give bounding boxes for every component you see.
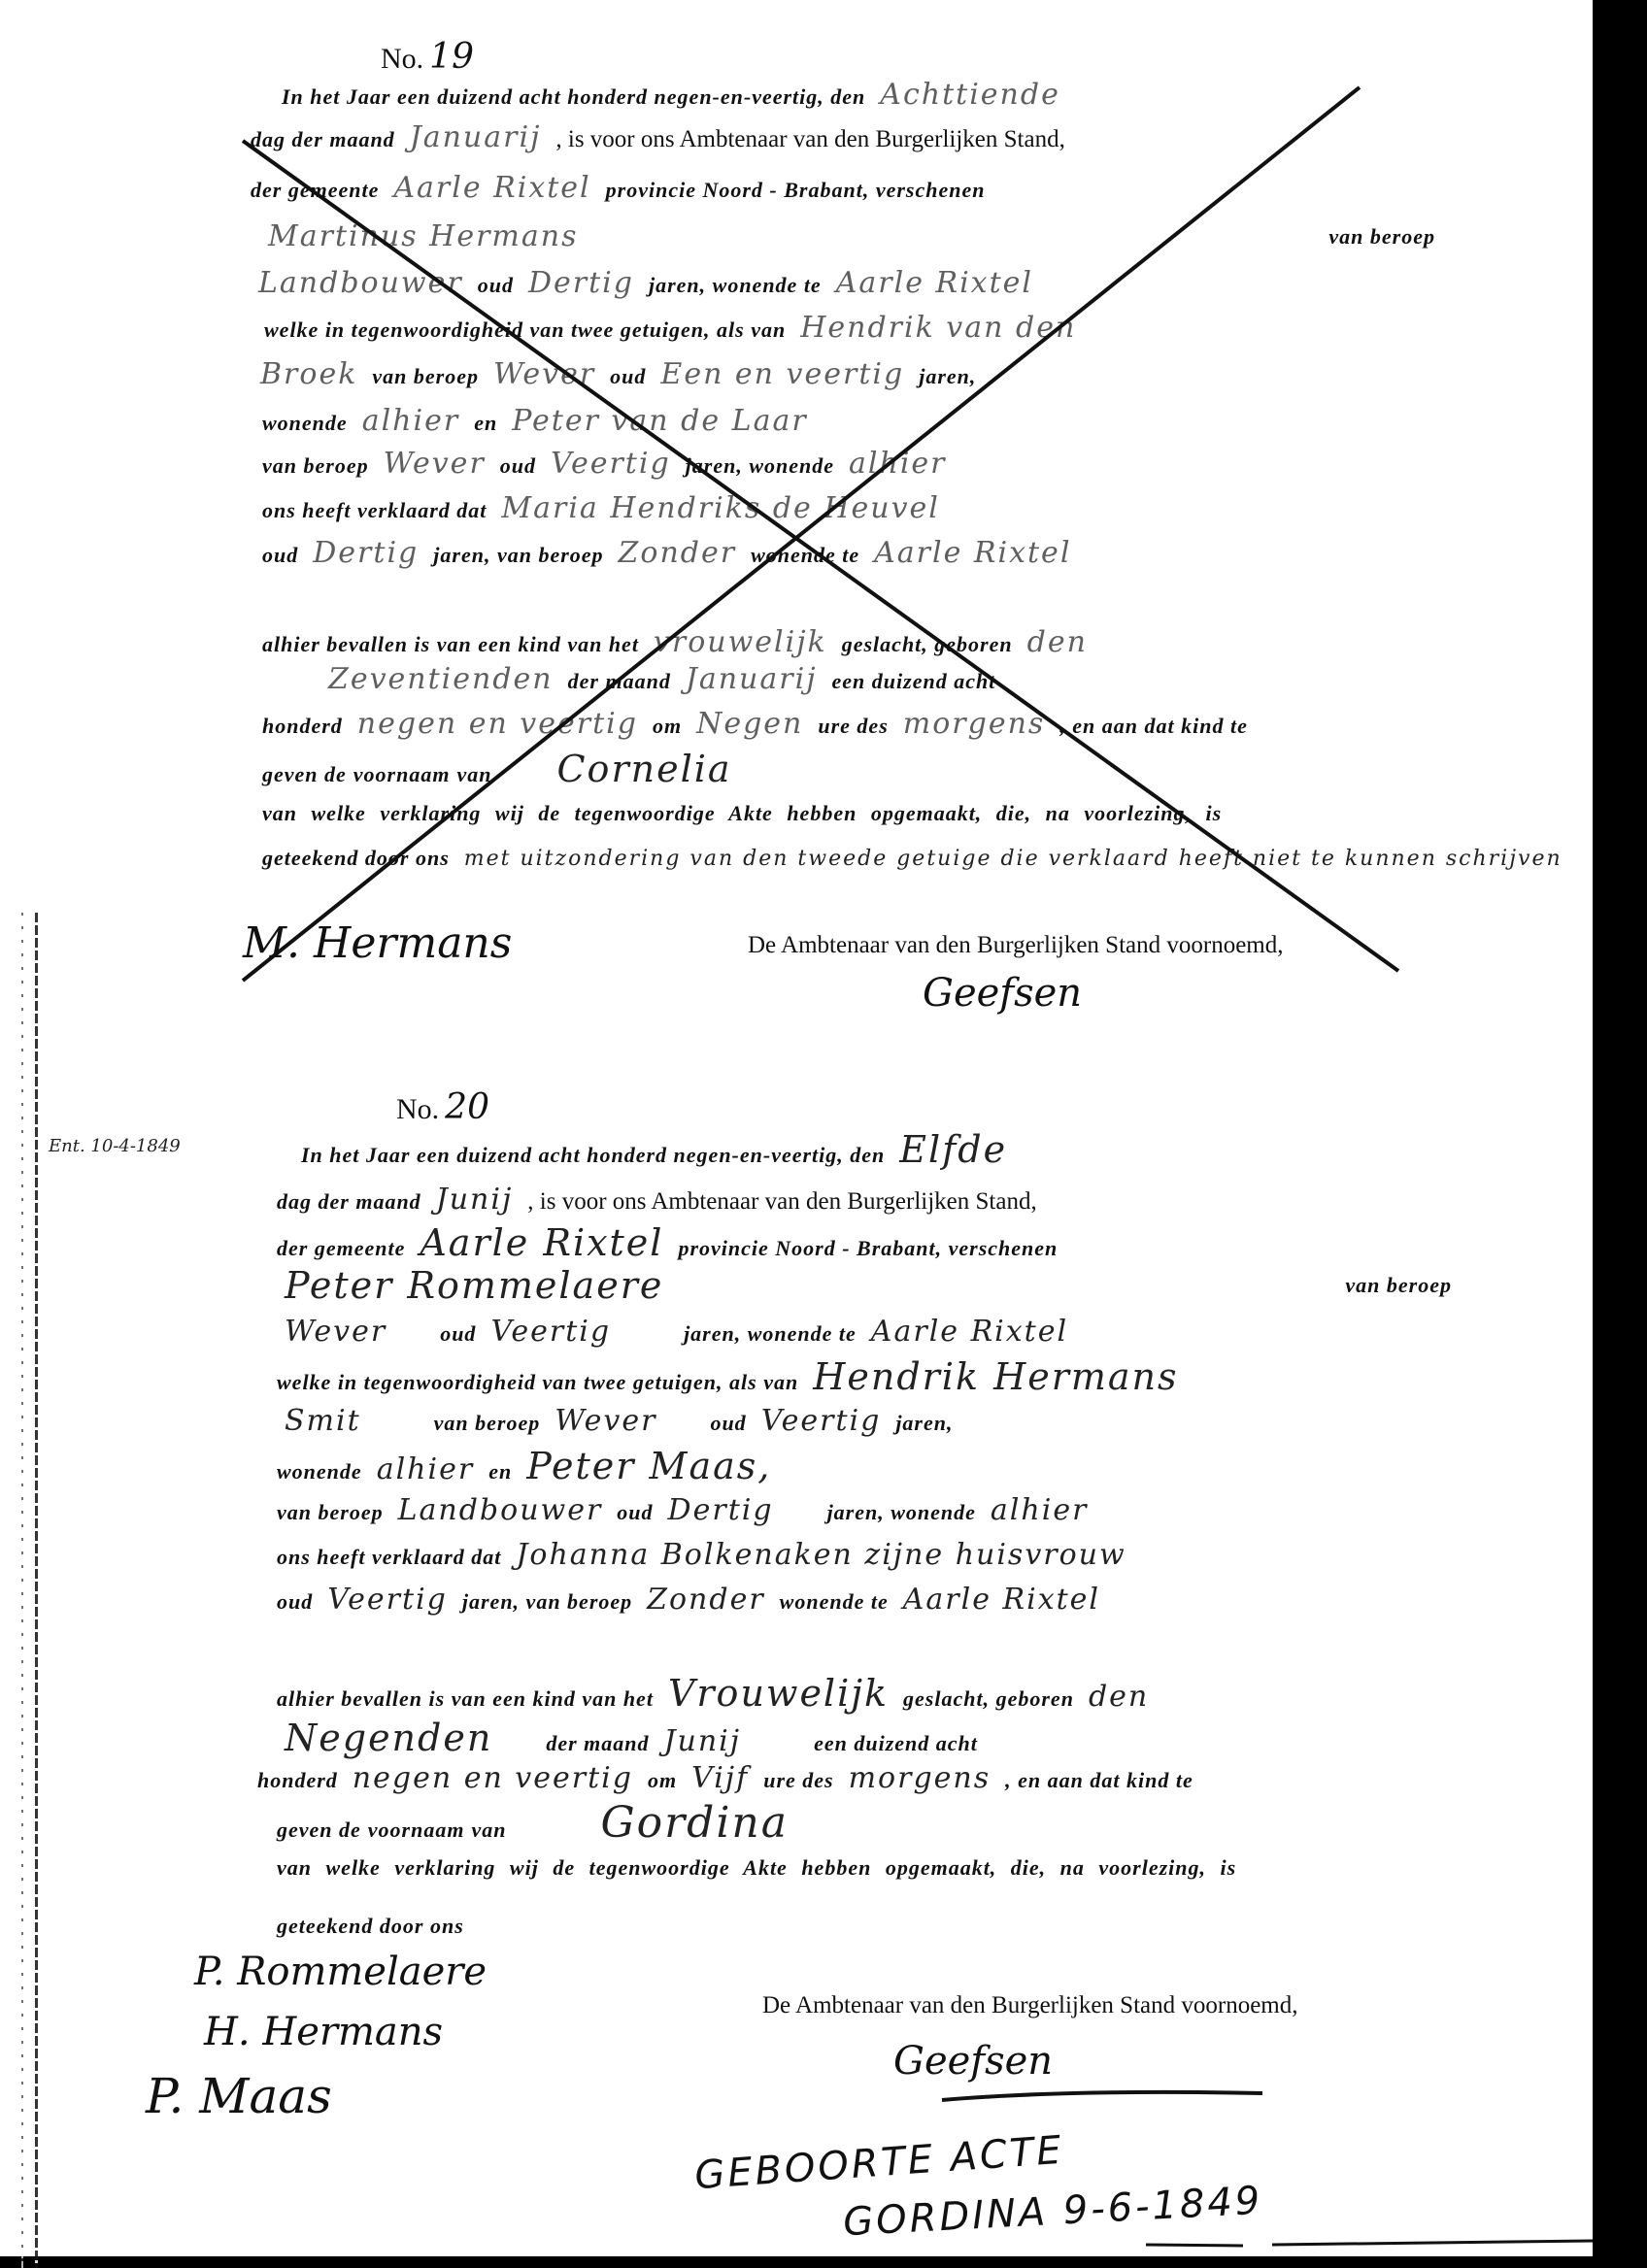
handwritten-year: negen en veertig: [353, 1761, 633, 1795]
handwritten-age: Dertig: [313, 536, 419, 570]
printed-text: oud: [262, 543, 298, 567]
handwritten-month: Januarij: [410, 120, 542, 154]
handwritten-witness-2: Peter Maas,: [526, 1445, 771, 1487]
printed-text: provincie Noord - Brabant, verschenen: [678, 1236, 1058, 1260]
printed-text: geven de: [277, 1818, 361, 1842]
official-label-text: De Ambtenaar van den Burgerlijken Stand …: [748, 932, 1284, 958]
record-line: welke in tegenwoordigheid van twee getui…: [277, 1363, 1187, 1397]
printed-text: jaren, wonende: [686, 453, 834, 478]
printed-text: der gemeente: [277, 1236, 405, 1260]
record-line: ons heeft verklaard dat Johanna Bolkenak…: [277, 1542, 1134, 1572]
printed-text: jaren,: [895, 1411, 953, 1435]
printed-text: oud: [617, 1500, 653, 1524]
record-number-label: No.: [396, 1093, 439, 1125]
official-signature: Geefsen: [923, 971, 1082, 1016]
record-line: honderd negen en veertig om Vijf ure des…: [257, 1765, 1193, 1795]
handwritten-time-of-day: morgens: [849, 1761, 992, 1795]
printed-text: ure des: [818, 714, 888, 738]
printed-text: , is voor ons Ambtenaar van den Burgerli…: [555, 126, 1064, 152]
witness-signature: H. Hermans: [204, 2010, 443, 2054]
handwritten-witness-1: Hendrik Hermans: [813, 1355, 1178, 1398]
record-line: Wever oud Veertig jaren, wonende te Aarl…: [277, 1318, 1076, 1349]
handwritten-day: Elfde: [899, 1128, 1007, 1171]
printed-text: om: [653, 714, 682, 738]
record-line: In het Jaar een duizend acht honderd neg…: [282, 82, 1068, 112]
printed-text: van welke verklaring wij de tegenwoordig…: [277, 1855, 1236, 1880]
handwritten-text: Smit: [285, 1404, 361, 1438]
printed-text: jaren, van beroep: [433, 543, 603, 567]
handwritten-birth-day: Negenden: [285, 1717, 492, 1759]
printed-text: een duizend acht: [814, 1731, 978, 1755]
handwritten-age: Veertig: [327, 1583, 448, 1617]
printed-text: wonende: [262, 411, 348, 435]
record-number-label: No.: [381, 43, 423, 75]
handwritten-municipality: Aarle Rixtel: [393, 171, 590, 205]
record-line: alhier bevallen is van een kind van het …: [262, 629, 1095, 659]
printed-text: oud: [610, 364, 646, 388]
record-number-value: 19: [429, 37, 474, 77]
handwritten-time-of-day: morgens: [903, 707, 1046, 741]
handwritten-sex: vrouwelijk: [654, 625, 827, 659]
handwritten-declarant-name: Peter Rommelaere: [285, 1264, 663, 1307]
margin-note: Ent. 10-4-1849: [49, 1136, 181, 1156]
record-line: dag der maand Junij , is voor ons Ambten…: [277, 1186, 1037, 1217]
handwritten-mother-name: Johanna Bolkenaken zijne huisvrouw: [516, 1538, 1126, 1572]
printed-text: ons heeft verklaard dat: [262, 498, 487, 522]
record-line: oud Dertig jaren, van beroep Zonder wone…: [262, 540, 1079, 570]
witness-signature: P. Rommelaere: [194, 1950, 487, 1994]
printed-text: en: [474, 411, 497, 435]
printed-text: oud: [277, 1589, 313, 1614]
printed-text: der maand: [546, 1731, 649, 1755]
handwritten-mother-name: Maria Hendriks de Heuvel: [501, 491, 939, 525]
printed-text: geslacht, geboren: [842, 632, 1013, 656]
printed-text: van: [456, 762, 491, 786]
printed-text: geven de: [262, 762, 347, 786]
scan-border-right: [1593, 0, 1647, 2268]
handwritten-month: Junij: [436, 1183, 514, 1217]
record-line: Smit van beroep Wever oud Veertig jaren,: [277, 1408, 954, 1438]
handwritten-occupation: Wever: [493, 357, 595, 391]
printed-text: om: [648, 1768, 677, 1792]
printed-text: , en aan dat kind te: [1059, 714, 1248, 738]
handwritten-residence: Aarle Rixtel: [871, 1315, 1068, 1349]
printed-text: jaren, wonende: [827, 1500, 976, 1524]
handwritten-birth-month: Januarij: [686, 662, 818, 696]
printed-text: In het Jaar een duizend acht honderd neg…: [282, 84, 865, 109]
handwritten-text: Broek: [260, 357, 357, 391]
record-line: van welke verklaring wij de tegenwoordig…: [262, 800, 1222, 828]
witness-signature: P. Maas: [146, 2068, 332, 2124]
printed-text: provincie Noord - Brabant, verschenen: [606, 178, 986, 202]
printed-text: In het Jaar een duizend acht honderd neg…: [301, 1143, 885, 1167]
printed-text: geteekend door ons: [277, 1914, 464, 1938]
handwritten-age: Dertig: [668, 1493, 774, 1527]
printed-text: jaren, wonende te: [649, 273, 822, 297]
handwritten-residence: Aarle Rixtel: [903, 1583, 1100, 1617]
record-line: Martinus Hermans van beroep: [260, 223, 1435, 253]
handwritten-age: Veertig: [551, 447, 671, 481]
record-line: welke in tegenwoordigheid van twee getui…: [264, 315, 1084, 345]
printed-text: voornaam: [353, 762, 451, 786]
handwritten-child-name: Cornelia: [556, 748, 731, 790]
printed-text: jaren,: [919, 364, 976, 388]
record-line: geven de voornaam van Gordina: [277, 1810, 796, 1845]
handwritten-residence: Aarle Rixtel: [836, 266, 1033, 300]
handwritten-occupation: Wever: [384, 447, 486, 481]
printed-text: ure des: [763, 1768, 833, 1792]
printed-text: van beroep: [277, 1500, 384, 1524]
printed-text: alhier bevallen is van een kind van het: [262, 632, 639, 656]
official-label: De Ambtenaar van den Burgerlijken Stand …: [762, 1992, 1298, 2020]
record-line: geven de voornaam van Cornelia: [262, 755, 740, 789]
handwritten-age: Dertig: [528, 266, 634, 300]
printed-text: , en aan dat kind te: [1005, 1768, 1193, 1792]
handwritten-age: Veertig: [761, 1404, 882, 1438]
printed-text: geteekend door ons: [262, 846, 450, 870]
printed-text: welke in tegenwoordigheid van twee getui…: [264, 317, 786, 342]
handwritten-day: Achttiende: [880, 78, 1060, 112]
handwritten-residence: alhier: [362, 404, 460, 438]
printed-text: van welke verklaring wij de tegenwoordig…: [262, 801, 1222, 825]
record-line: Peter Rommelaere van beroep: [277, 1272, 1452, 1306]
handwritten-occupation: Zonder: [619, 536, 737, 570]
printed-text: wonende te: [780, 1589, 889, 1614]
printed-text: voornaam: [368, 1818, 465, 1842]
record-number-value: 20: [445, 1087, 489, 1127]
printed-text: oud: [478, 273, 514, 297]
handwritten-occupation: Zonder: [647, 1583, 765, 1617]
handwritten-year: negen en veertig: [357, 707, 638, 741]
record-line: der gemeente Aarle Rixtel provincie Noor…: [277, 1229, 1058, 1263]
handwritten-text: den: [1027, 625, 1088, 659]
printed-text: oud: [710, 1411, 746, 1435]
printed-text: oud: [440, 1321, 476, 1346]
handwritten-municipality: Aarle Rixtel: [420, 1221, 663, 1264]
handwritten-birth-day: Zeventienden: [328, 662, 554, 696]
scan-border-bottom: [0, 2256, 1647, 2268]
official-signature: Geefsen: [893, 2039, 1053, 2084]
record-line: honderd negen en veertig om Negen ure de…: [262, 711, 1248, 741]
printed-text: van beroep: [262, 453, 369, 478]
printed-text: een duizend acht: [832, 669, 996, 693]
record-line: alhier bevallen is van een kind van het …: [277, 1680, 1157, 1714]
record-line: wonende alhier en Peter Maas,: [277, 1452, 779, 1486]
printed-text: ons heeft verklaard dat: [277, 1545, 501, 1569]
printed-text: oud: [500, 453, 536, 478]
handwritten-residence: Aarle Rixtel: [874, 536, 1071, 570]
printed-text: van beroep: [434, 1411, 541, 1435]
witness-signature: M. Hermans: [243, 918, 512, 968]
record-line: geteekend door ons: [277, 1913, 464, 1941]
binding-edge: [35, 913, 38, 2268]
printed-text: en: [488, 1459, 512, 1484]
handwritten-hour: Negen: [696, 707, 803, 741]
printed-text: dag der maand: [251, 127, 395, 151]
printed-text: van beroep: [1345, 1272, 1452, 1299]
printed-text: welke in tegenwoordigheid van twee getui…: [277, 1370, 798, 1394]
printed-text: jaren, wonende te: [684, 1321, 857, 1346]
handwritten-note: met uitzondering van den tweede getuige …: [464, 847, 1563, 871]
record-line: Zeventienden der maand Januarij een duiz…: [320, 666, 995, 696]
handwritten-text: den: [1089, 1680, 1149, 1714]
printed-text: wonende: [277, 1459, 362, 1484]
record-line: van beroep Wever oud Veertig jaren, wone…: [262, 450, 955, 481]
printed-text: honderd: [257, 1768, 338, 1792]
record-line: ons heeft verklaard dat Maria Hendriks d…: [262, 495, 948, 525]
record-line: In het Jaar een duizend acht honderd neg…: [301, 1136, 1015, 1170]
record-line: geteekend door ons met uitzondering van …: [262, 845, 1570, 873]
handwritten-hour: Vijf: [691, 1761, 749, 1795]
handwritten-residence: alhier: [991, 1493, 1089, 1527]
handwritten-age: Een en veertig: [660, 357, 904, 391]
handwritten-witness-1: Hendrik van den: [800, 311, 1076, 345]
printed-text: der gemeente: [251, 178, 379, 202]
handwritten-birth-month: Junij: [664, 1724, 742, 1758]
handwritten-occupation: Wever: [555, 1404, 656, 1438]
printed-text: jaren, van beroep: [462, 1589, 632, 1614]
record-number: No.20: [396, 1087, 489, 1127]
record-line: Negenden der maand Junij een duizend ach…: [277, 1724, 978, 1758]
binding-edge-dots: [21, 913, 23, 2268]
printed-text: van beroep: [1328, 223, 1435, 250]
printed-text: van: [471, 1818, 506, 1842]
record-line: van welke verklaring wij de tegenwoordig…: [277, 1854, 1236, 1883]
record-line: oud Veertig jaren, van beroep Zonder won…: [277, 1586, 1108, 1617]
handwritten-witness-2: Peter van de Laar: [512, 404, 808, 438]
record-line: Broek van beroep Wever oud Een en veerti…: [252, 361, 976, 391]
record-line: van beroep Landbouwer oud Dertig jaren, …: [277, 1497, 1095, 1527]
handwritten-declarant-name: Martinus Hermans: [268, 219, 578, 253]
official-label-text: De Ambtenaar van den Burgerlijken Stand …: [762, 1992, 1298, 2018]
handwritten-residence: alhier: [377, 1452, 475, 1486]
record-line: der gemeente Aarle Rixtel provincie Noor…: [251, 175, 985, 205]
handwritten-occupation: Wever: [285, 1315, 387, 1349]
printed-text: geslacht, geboren: [903, 1686, 1074, 1711]
printed-text: , is voor ons Ambtenaar van den Burgerli…: [527, 1188, 1036, 1215]
handwritten-residence: alhier: [849, 447, 947, 481]
handwritten-child-name: Gordina: [600, 1798, 788, 1848]
printed-text: dag der maand: [277, 1189, 421, 1214]
handwritten-age: Veertig: [490, 1315, 611, 1349]
record-line: dag der maand Januarij , is voor ons Amb…: [251, 124, 1065, 154]
handwritten-occupation: Landbouwer: [398, 1493, 603, 1527]
printed-text: alhier bevallen is van een kind van het: [277, 1686, 654, 1711]
handwritten-occupation: Landbouwer: [258, 266, 463, 300]
handwritten-sex: Vrouwelijk: [668, 1672, 889, 1715]
printed-text: van beroep: [372, 364, 479, 388]
printed-text: der maand: [568, 669, 671, 693]
record-number: No.19: [381, 37, 474, 77]
record-line: Landbouwer oud Dertig jaren, wonende te …: [251, 270, 1041, 300]
official-label: De Ambtenaar van den Burgerlijken Stand …: [748, 932, 1284, 960]
record-line: wonende alhier en Peter van de Laar: [262, 408, 816, 438]
printed-text: honderd: [262, 714, 343, 738]
printed-text: wonende te: [751, 543, 859, 567]
